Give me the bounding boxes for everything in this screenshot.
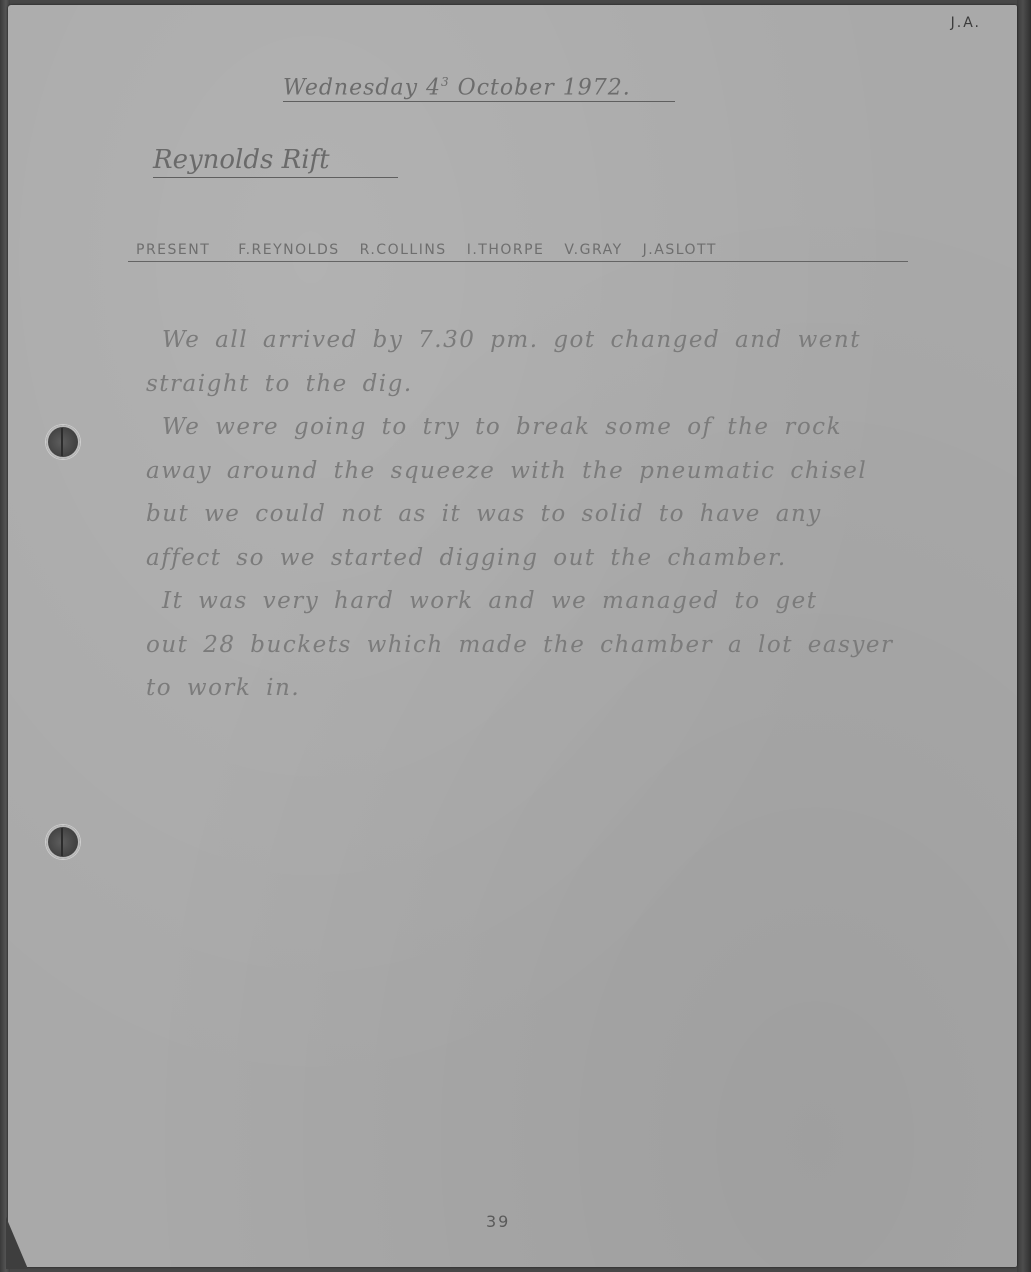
- attendee: J.ASLOTT: [643, 242, 717, 258]
- date-weekday: Wednesday: [283, 75, 418, 100]
- date-day: 4: [426, 75, 441, 100]
- body-line: We were going to try to break some of th…: [146, 406, 976, 450]
- body-line: away around the squeeze with the pneumat…: [146, 450, 976, 494]
- attendee: I.THORPE: [467, 242, 545, 258]
- body-line: to work in.: [146, 667, 976, 711]
- attendee: F.REYNOLDS: [238, 242, 339, 258]
- body-line: straight to the dig.: [146, 363, 976, 407]
- body-line: but we could not as it was to solid to h…: [146, 493, 976, 537]
- punch-hole-icon: [46, 825, 80, 859]
- attendee: R.COLLINS: [360, 242, 447, 258]
- attendees-line: PRESENT F.REYNOLDS R.COLLINS I.THORPE V.…: [128, 242, 908, 262]
- date-month-year: October 1972.: [458, 75, 631, 100]
- body-line: We all arrived by 7.30 pm. got changed a…: [146, 319, 976, 363]
- body-line: It was very hard work and we managed to …: [146, 580, 976, 624]
- author-initials: J.A.: [951, 15, 981, 31]
- log-sheet: J.A. Wednesday 43 October 1972. Reynolds…: [8, 5, 1017, 1267]
- attendees-label: PRESENT: [136, 242, 210, 258]
- punch-hole-icon: [46, 425, 80, 459]
- attendee: V.GRAY: [564, 242, 622, 258]
- entry-date: Wednesday 43 October 1972.: [283, 75, 675, 102]
- dig-site-title: Reynolds Rift: [153, 145, 398, 178]
- body-line: affect so we started digging out the cha…: [146, 537, 976, 581]
- date-day-suffix: 3: [441, 75, 450, 89]
- page-number: 39: [486, 1212, 510, 1231]
- log-entry-body: We all arrived by 7.30 pm. got changed a…: [146, 319, 976, 711]
- body-line: out 28 buckets which made the chamber a …: [146, 624, 976, 668]
